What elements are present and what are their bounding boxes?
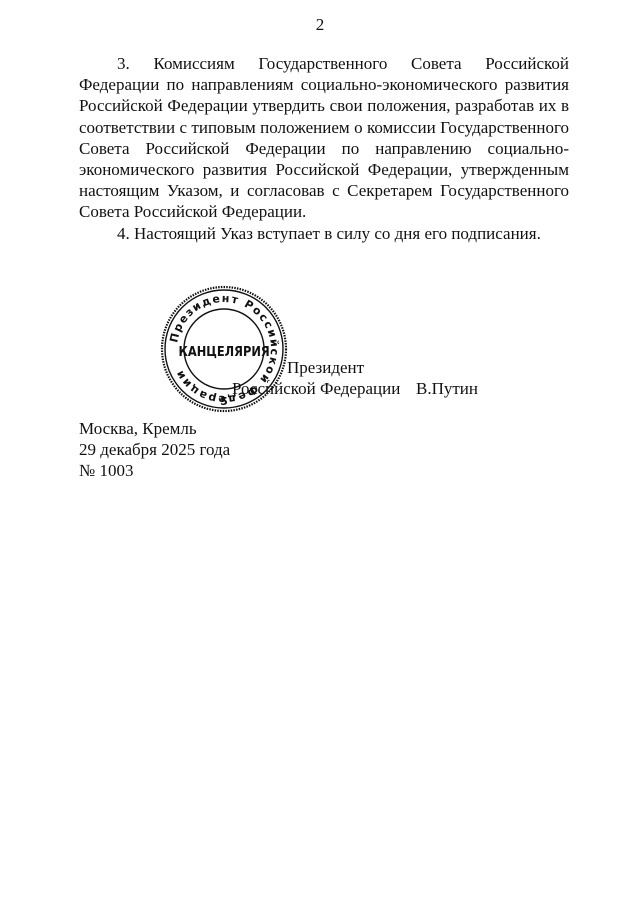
signing-place: Москва, Кремль (79, 418, 230, 439)
seal-center-text: КАНЦЕЛЯРИЯ (179, 344, 270, 359)
paragraph-4: 4. Настоящий Указ вступает в силу со дня… (79, 223, 569, 244)
page-number: 2 (0, 15, 640, 35)
paragraph-3: 3. Комиссиям Государственного Совета Рос… (79, 53, 569, 223)
signing-date: 29 декабря 2025 года (79, 439, 230, 460)
seal-number: 5 (220, 395, 228, 408)
signatory-name: В.Путин (416, 379, 478, 399)
signatory-title-line1: Президент (287, 358, 364, 378)
decree-body: 3. Комиссиям Государственного Совета Рос… (79, 53, 569, 244)
decree-footer: Москва, Кремль 29 декабря 2025 года № 10… (79, 418, 230, 481)
decree-number: № 1003 (79, 460, 230, 481)
official-seal-icon: Президент Российской Федерации КАНЦЕЛЯРИ… (159, 284, 289, 414)
